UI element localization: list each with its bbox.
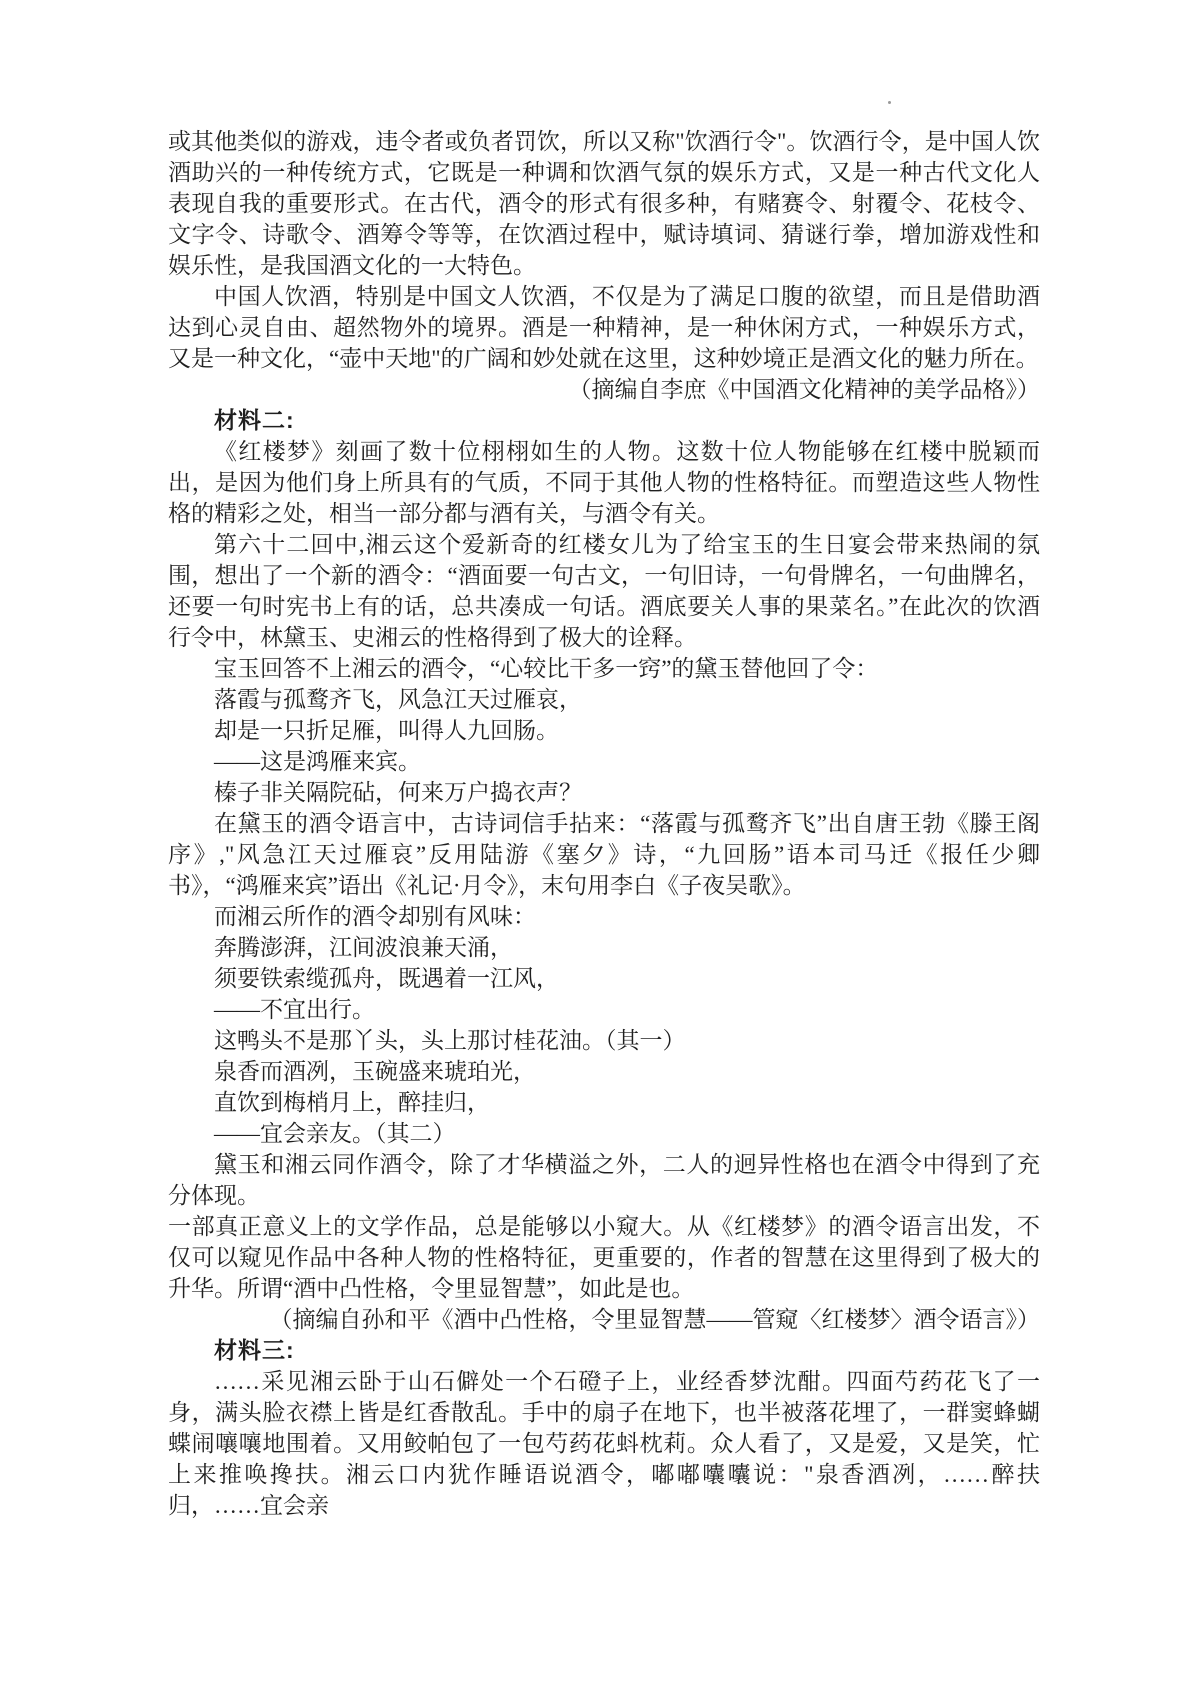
verse-line: 泉香而酒冽，玉碗盛来琥珀光， <box>168 1056 1040 1087</box>
body-paragraph: 黛玉和湘云同作酒令，除了才华横溢之外，二人的迥异性格也在酒令中得到了充分体现。 <box>168 1149 1040 1211</box>
verse-line: 落霞与孤鹜齐飞，风急江天过雁哀， <box>168 684 1040 715</box>
verse-line: 奔腾澎湃，江间波浪兼天涌， <box>168 932 1040 963</box>
material-2-heading: 材料二: <box>168 405 1040 436</box>
body-paragraph: 中国人饮酒，特别是中国文人饮酒，不仅是为了满足口腹的欲望，而且是借助酒达到心灵自… <box>168 281 1040 374</box>
verse-line: ——这是鸿雁来宾。 <box>168 746 1040 777</box>
document-body: 或其他类似的游戏，违令者或负者罚饮，所以又称"饮酒行令"。饮酒行令，是中国人饮酒… <box>168 126 1040 1521</box>
verse-line: 这鸭头不是那丫头，头上那讨桂花油。（其一） <box>168 1025 1040 1056</box>
attribution-line: （摘编自李庶《中国酒文化精神的美学品格》） <box>168 374 1040 405</box>
document-page: 或其他类似的游戏，违令者或负者罚饮，所以又称"饮酒行令"。饮酒行令，是中国人饮酒… <box>0 0 1200 1698</box>
body-paragraph: 在黛玉的酒令语言中，古诗词信手拈来：“落霞与孤鹜齐飞”出自唐王勃《滕王阁序》,"… <box>168 808 1040 901</box>
body-paragraph: ……采见湘云卧于山石僻处一个石磴子上，业经香梦沈酣。四面芍药花飞了一身，满头脸衣… <box>168 1366 1040 1521</box>
stray-mark <box>888 101 891 104</box>
verse-line: 须要铁索缆孤舟，既遇着一江风， <box>168 963 1040 994</box>
body-paragraph: 或其他类似的游戏，违令者或负者罚饮，所以又称"饮酒行令"。饮酒行令，是中国人饮酒… <box>168 126 1040 281</box>
verse-line: 却是一只折足雁，叫得人九回肠。 <box>168 715 1040 746</box>
verse-line: 榛子非关隔院砧，何来万户捣衣声？ <box>168 777 1040 808</box>
body-paragraph: 《红楼梦》刻画了数十位栩栩如生的人物。这数十位人物能够在红楼中脱颖而出，是因为他… <box>168 436 1040 529</box>
body-paragraph: 一部真正意义上的文学作品，总是能够以小窥大。从《红楼梦》的酒令语言出发，不仅可以… <box>168 1211 1040 1304</box>
verse-line: ——不宜出行。 <box>168 994 1040 1025</box>
body-paragraph: 第六十二回中,湘云这个爱新奇的红楼女儿为了给宝玉的生日宴会带来热闹的氛围，想出了… <box>168 529 1040 653</box>
body-paragraph: 而湘云所作的酒令却别有风味： <box>168 901 1040 932</box>
material-3-heading: 材料三: <box>168 1335 1040 1366</box>
verse-line: 直饮到梅梢月上，醉挂归， <box>168 1087 1040 1118</box>
body-paragraph: 宝玉回答不上湘云的酒令，“心较比干多一窍”的黛玉替他回了令： <box>168 653 1040 684</box>
verse-line: ——宜会亲友。（其二） <box>168 1118 1040 1149</box>
attribution-line: （摘编自孙和平《酒中凸性格，令里显智慧——管窥〈红楼梦〉酒令语言》） <box>168 1304 1040 1335</box>
